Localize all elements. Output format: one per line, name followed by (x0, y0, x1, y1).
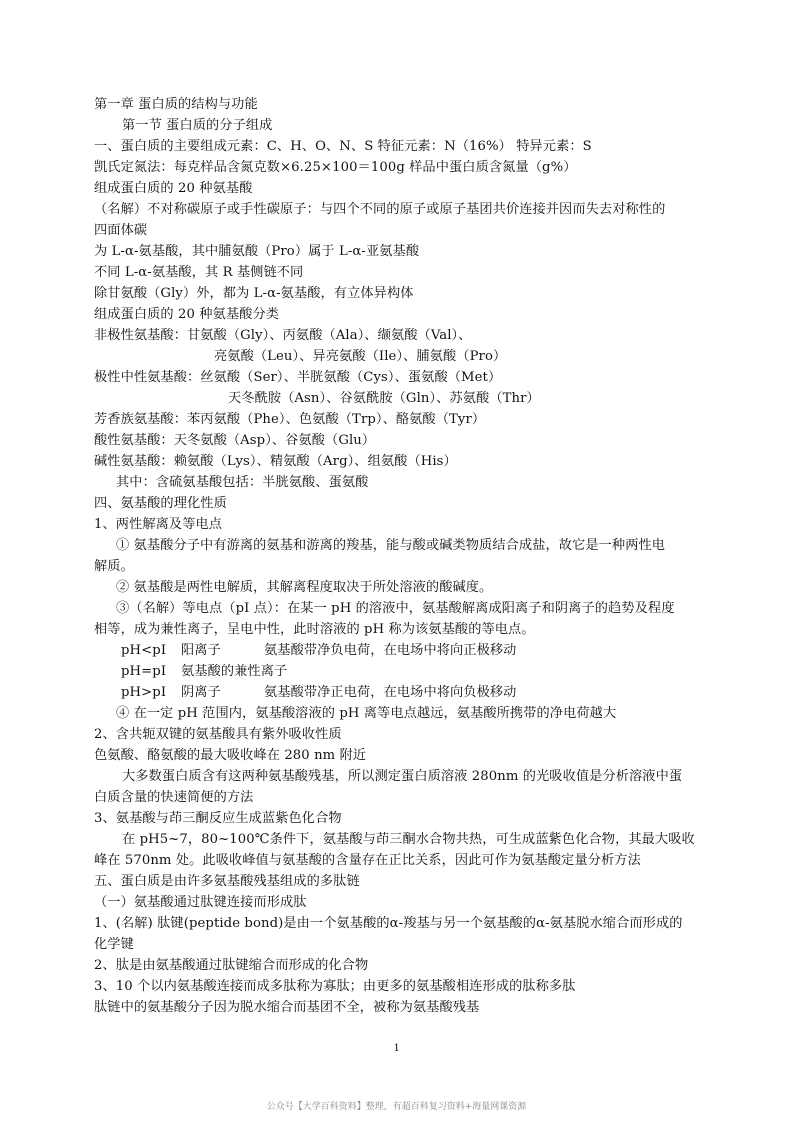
text-line: 组成蛋白质的 20 种氨基酸分类 (94, 304, 279, 325)
charge-description: 氨基酸带净负电荷，在电场中将向正极移动 (264, 640, 516, 661)
ph-condition: pH<pI (121, 640, 181, 661)
text-line: 3、氨基酸与茚三酮反应生成蓝紫色化合物 (94, 808, 342, 829)
text-line: 第一节 蛋白质的分子组成 (122, 115, 272, 136)
text-line: 亮氨酸（Leu）、异亮氨酸（Ile）、脯氨酸（Pro） (214, 346, 506, 367)
text-line: 解质。 (94, 556, 134, 577)
text-line: 不同 L-α-氨基酸，其 R 基侧链不同 (94, 262, 303, 283)
text-line: 芳香族氨基酸：苯丙氨酸（Phe）、色氨酸（Trp）、酪氨酸（Tyr） (94, 409, 485, 430)
charge-description: 氨基酸带净正电荷，在电场中将向负极移动 (264, 682, 516, 703)
text-line: 极性中性氨基酸：丝氨酸（Ser）、半胱氨酸（Cys）、蛋氨酸（Met） (94, 367, 501, 388)
ph-table-row: pH>pI阴离子氨基酸带净正电荷，在电场中将向负极移动 (121, 682, 516, 703)
text-line: 大多数蛋白质含有这两种氨基酸残基，所以测定蛋白质溶液 280nm 的光吸收值是分… (122, 766, 682, 787)
text-line: 3、10 个以内氨基酸连接而成多肽称为寡肽；由更多的氨基酸相连形成的肽称多肽 (94, 976, 576, 997)
text-line: 除甘氨酸（Gly）外，都为 L-α-氨基酸，有立体异构体 (94, 283, 414, 304)
text-line: 化学键 (94, 934, 134, 955)
footer-watermark: 公众号【大学百科资料】整理，有超百科复习资料+海量网课资源 (0, 1099, 793, 1112)
text-line: 组成蛋白质的 20 种氨基酸 (94, 178, 252, 199)
text-line: 相等，成为兼性离子，呈电中性，此时溶液的 pH 称为该氨基酸的等电点。 (94, 619, 535, 640)
text-line: 2、含共轭双键的氨基酸具有紫外吸收性质 (94, 724, 342, 745)
text-line: ③（名解）等电点（pI 点）：在某一 pH 的溶液中，氨基酸解离成阳离子和阴离子… (116, 598, 674, 619)
text-line: 碱性氨基酸：赖氨酸（Lys）、精氨酸（Arg）、组氨酸（His） (94, 451, 457, 472)
document-page: 第一章 蛋白质的结构与功能第一节 蛋白质的分子组成一、蛋白质的主要组成元素：C、… (0, 0, 793, 1122)
text-line: 四、氨基酸的理化性质 (94, 493, 227, 514)
text-line: （一）氨基酸通过肽键连接而形成肽 (94, 892, 307, 913)
text-line: 1、两性解离及等电点 (94, 514, 222, 535)
ion-type: 阳离子 (181, 640, 264, 661)
text-line: 五、蛋白质是由许多氨基酸残基组成的多肽链 (94, 871, 360, 892)
ph-table-row: pH<pI阳离子氨基酸带净负电荷，在电场中将向正极移动 (121, 640, 516, 661)
ph-condition: pH=pI (121, 661, 181, 682)
text-line: ④ 在一定 pH 范围内，氨基酸溶液的 pH 离等电点越远，氨基酸所携带的净电荷… (116, 703, 616, 724)
ph-table-row: pH=pI氨基酸的兼性离子 (121, 661, 287, 682)
text-line: 为 L-α-氨基酸，其中脯氨酸（Pro）属于 L-α-亚氨基酸 (94, 241, 419, 262)
text-line: 非极性氨基酸：甘氨酸（Gly）、丙氨酸（Ala）、缬氨酸（Val）、 (94, 325, 471, 346)
text-line: 凯氏定氮法：每克样品含氮克数×6.25×100＝100g 样品中蛋白质含氮量（g… (94, 157, 576, 178)
text-line: 天冬酰胺（Asn）、谷氨酰胺（Gln）、苏氨酸（Thr） (228, 388, 540, 409)
text-line: 酸性氨基酸：天冬氨酸（Asp）、谷氨酸（Glu） (94, 430, 375, 451)
text-line: 色氨酸、酪氨酸的最大吸收峰在 280 nm 附近 (94, 745, 366, 766)
text-line: 在 pH5~7，80~100℃条件下，氨基酸与茚三酮水合物共热，可生成蓝紫色化合… (122, 829, 695, 850)
text-line: 第一章 蛋白质的结构与功能 (94, 94, 258, 115)
text-line: 峰在 570nm 处。此吸收峰值与氨基酸的含量存在正比关系，因此可作为氨基酸定量… (94, 850, 641, 871)
text-line: ② 氨基酸是两性电解质，其解离程度取决于所处溶液的酸碱度。 (116, 577, 492, 598)
ph-condition: pH>pI (121, 682, 181, 703)
text-line: （名解）不对称碳原子或手性碳原子：与四个不同的原子或原子基团共价连接并因而失去对… (94, 199, 665, 220)
text-line: 四面体碳 (94, 220, 147, 241)
text-line: 一、蛋白质的主要组成元素：C、H、O、N、S 特征元素：N（16%） 特异元素：… (94, 136, 592, 157)
text-line: ① 氨基酸分子中有游离的氨基和游离的羧基，能与酸或碱类物质结合成盐，故它是一种两… (116, 535, 665, 556)
text-line: 2、肽是由氨基酸通过肽键缩合而形成的化合物 (94, 955, 368, 976)
ion-type: 阴离子 (181, 682, 264, 703)
text-line: 白质含量的快速简便的方法 (94, 787, 253, 808)
page-number: 1 (0, 1040, 793, 1055)
text-line: 肽链中的氨基酸分子因为脱水缩合而基团不全，被称为氨基酸残基 (94, 997, 479, 1018)
text-line: 其中：含硫氨基酸包括：半胱氨酸、蛋氨酸 (116, 472, 368, 493)
ion-type: 氨基酸的兼性离子 (181, 661, 287, 682)
text-line: 1、(名解) 肽键(peptide bond)是由一个氨基酸的α-羧基与另一个氨… (94, 913, 683, 934)
